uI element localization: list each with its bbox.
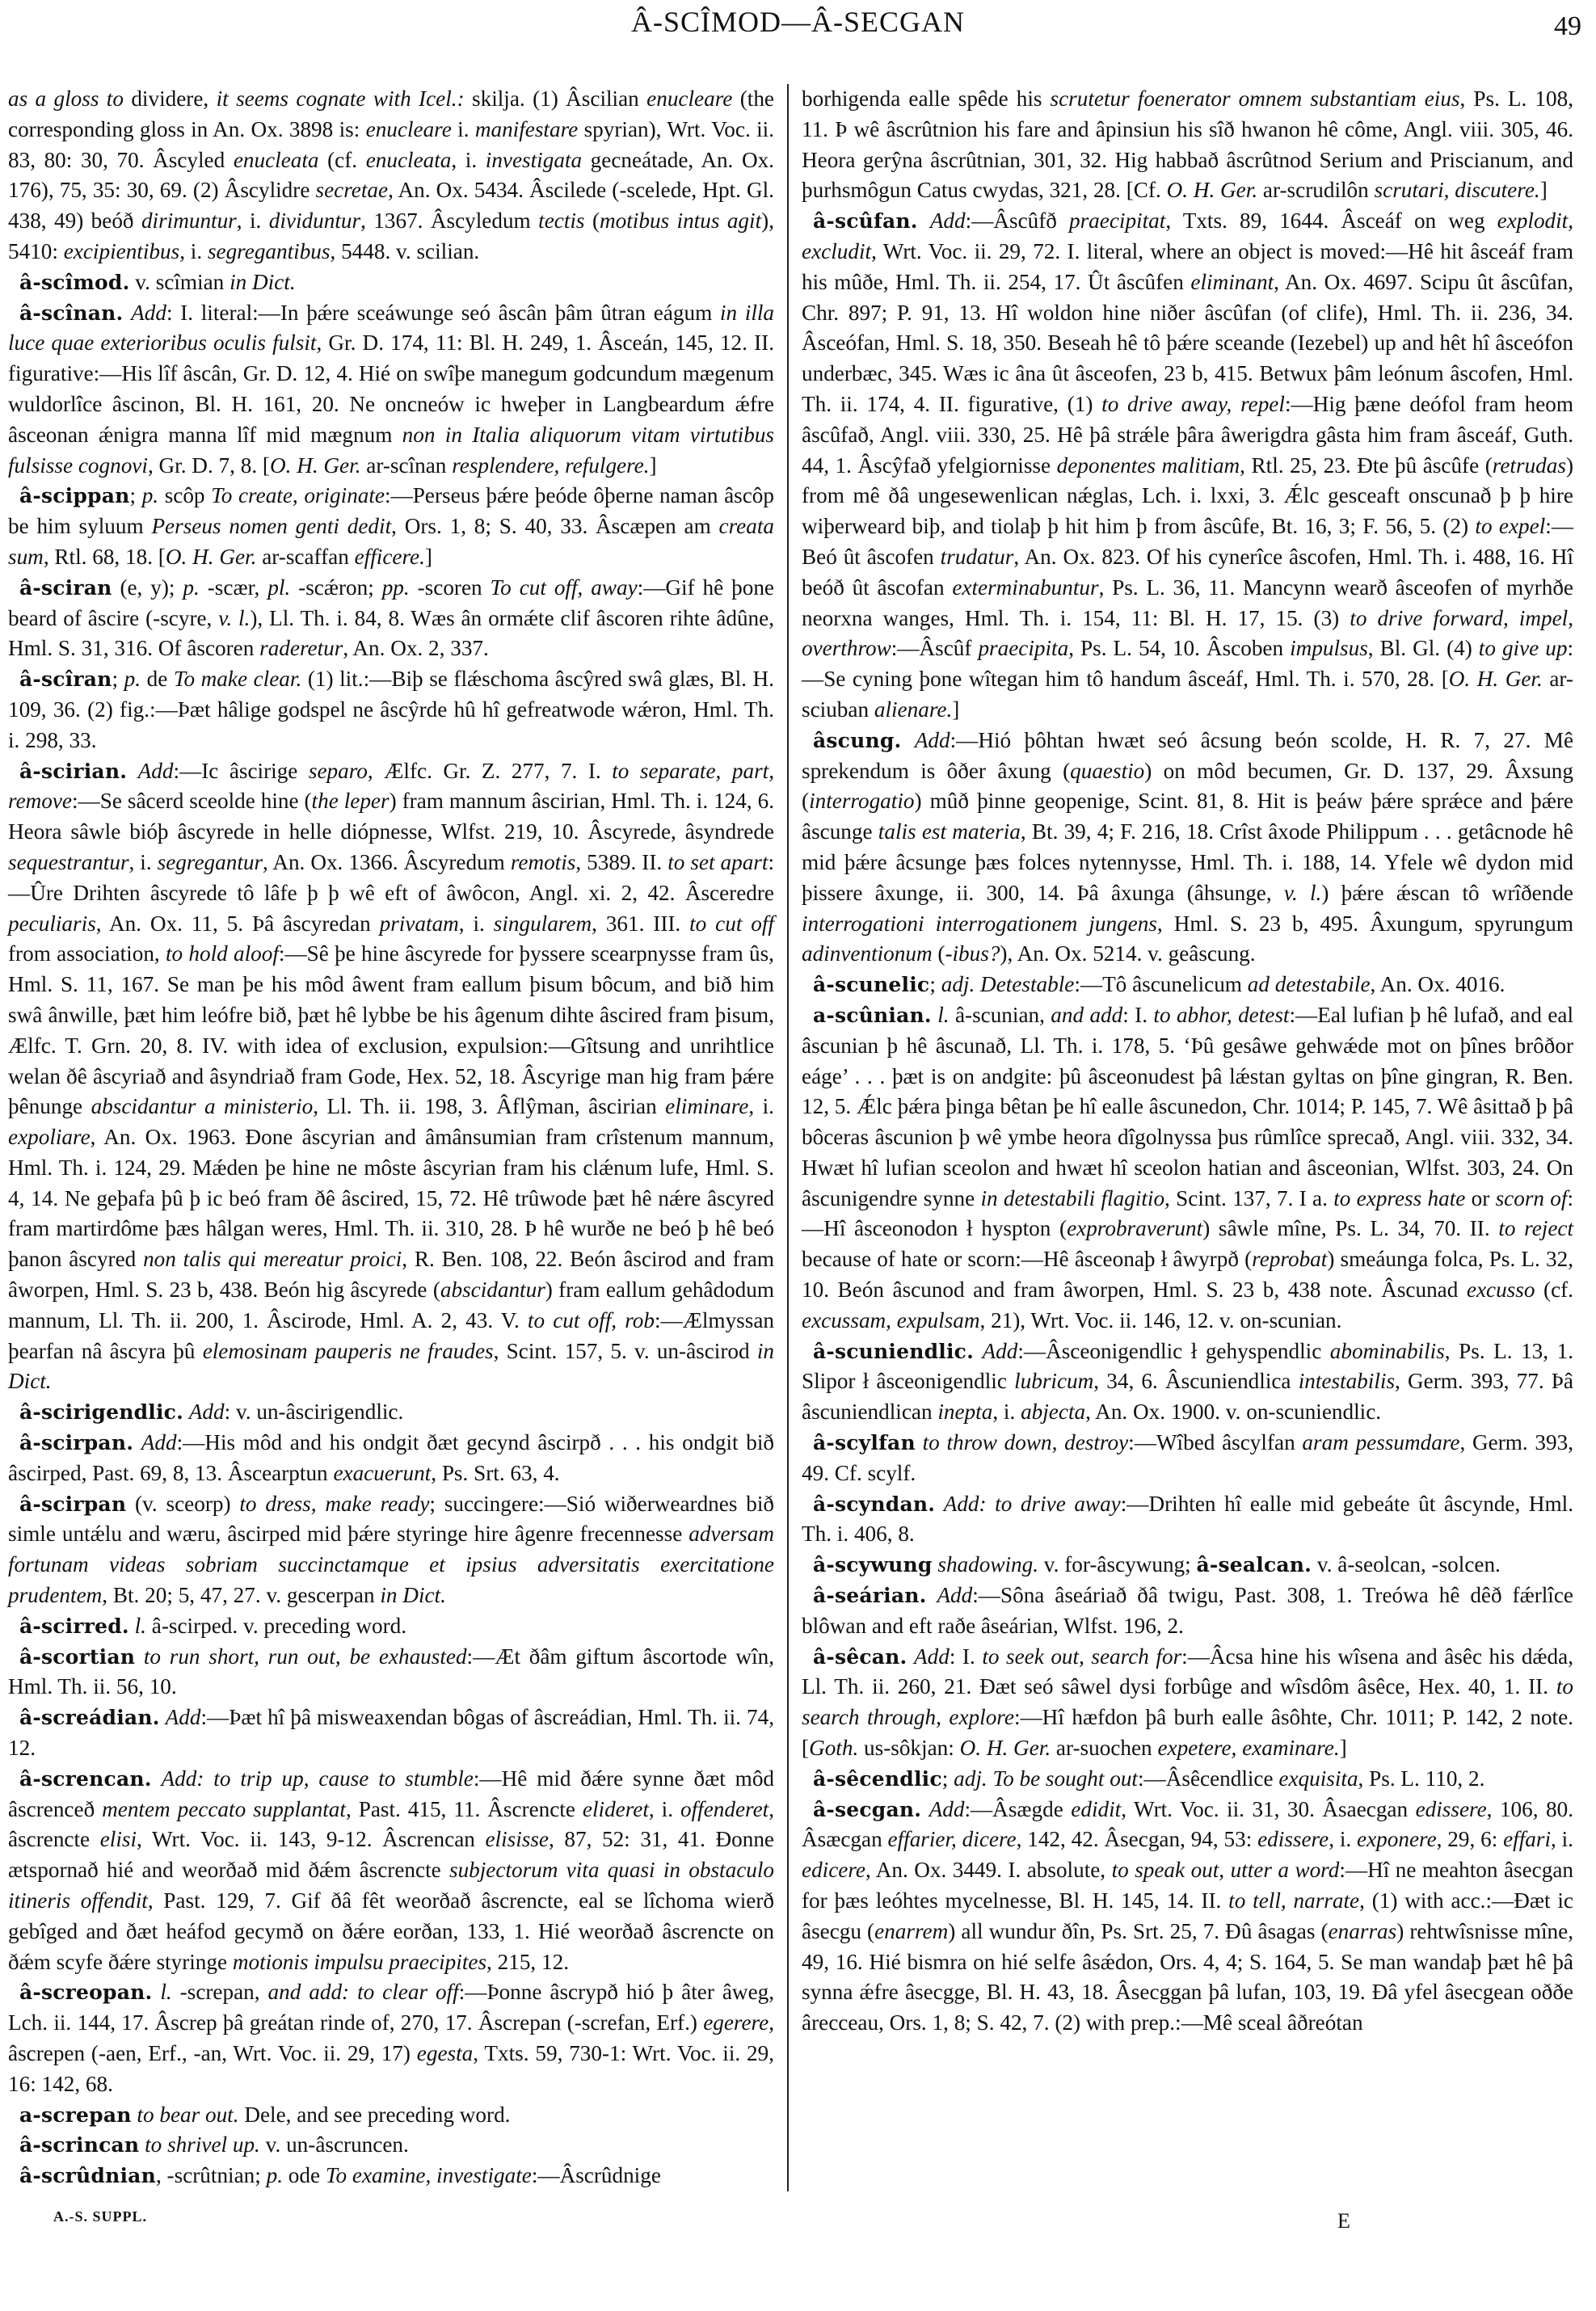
- italic-gloss: Goth.: [809, 1736, 858, 1760]
- italic-gloss: retrudas: [1493, 453, 1566, 478]
- italic-gloss: eliminant: [1190, 270, 1274, 294]
- italic-gloss: Add: [914, 1644, 950, 1669]
- column-divider: [787, 84, 789, 2191]
- entry-text: [133, 1430, 141, 1454]
- italic-gloss: Add: [166, 1705, 201, 1729]
- entry-text: (e, y);: [112, 575, 183, 600]
- entry-text: â-scunian,: [950, 1003, 1051, 1027]
- headword: â-scrincan: [19, 2133, 139, 2157]
- entry-text: [160, 1705, 166, 1729]
- italic-gloss: scrutetur foenerator omnem substantiam e…: [1051, 86, 1460, 111]
- italic-gloss: alienare.: [874, 697, 952, 722]
- dictionary-entry: â-scîran; p. de To make clear. (1) lit.:…: [8, 664, 774, 756]
- italic-gloss: to tell, narrate: [1228, 1888, 1359, 1913]
- italic-gloss: praecipitat: [1069, 208, 1165, 233]
- headword: â-scrûdnian: [19, 2164, 156, 2187]
- running-head: Â-SCÎMOD—Â-SECGAN: [0, 5, 1596, 39]
- dictionary-entry: â-scuniendlic. Add:—Âsceonigendlic ł geh…: [802, 1337, 1573, 1428]
- headword: â-scippan: [19, 484, 130, 507]
- entry-text: â-scirped. v. preceding word.: [146, 1614, 406, 1638]
- italic-gloss: l.: [135, 1614, 146, 1638]
- headword: â-scûfan.: [813, 209, 918, 233]
- entry-text: , Ælfc. Gr. Z. 277, 7. I.: [368, 759, 612, 783]
- italic-gloss: pl.: [267, 575, 290, 600]
- entry-text: , 5389. II.: [575, 850, 667, 874]
- entry-text: , An. Ox. 1366. Âscyredum: [263, 850, 511, 874]
- italic-gloss: talis est materia: [878, 819, 1021, 844]
- italic-gloss: to express hate: [1333, 1186, 1465, 1210]
- entry-text: (cf.: [319, 148, 366, 172]
- italic-gloss: lubricum: [1014, 1369, 1093, 1393]
- entry-text: , 1367. Âscyledum: [360, 208, 538, 233]
- headword: â-scirred.: [19, 1614, 129, 1638]
- italic-gloss: elideret: [583, 1797, 649, 1821]
- entry-text: skilja. (1) Âscilian: [465, 86, 647, 111]
- italic-gloss: edissere: [1416, 1797, 1487, 1821]
- dictionary-entry: â-scrincan to shrivel up. v. un-âscrunce…: [8, 2130, 774, 2161]
- italic-gloss: and add: to clear off: [268, 1980, 459, 2004]
- dictionary-entry: a-scûnian. l. â-scunian, and add: I. to …: [802, 1000, 1573, 1337]
- entry-text: , Bt. 20; 5, 47, 27. v. gescerpan: [102, 1583, 380, 1607]
- italic-gloss: Add: to trip up, cause to stumble: [162, 1766, 474, 1791]
- entry-text: [916, 1430, 923, 1454]
- italic-gloss: aram pessumdare: [1302, 1430, 1459, 1454]
- entry-text: because of hate or scorn:—Hê âsceonaþ ł …: [802, 1247, 1252, 1271]
- entry-text: (v. sceorp): [126, 1492, 239, 1516]
- signature-letter: E: [1337, 2209, 1350, 2233]
- dictionary-entry: â-scîmod. v. scîmian in Dict.: [8, 267, 774, 298]
- dictionary-entry: â-scrûdnian, -scrûtnian; p. ode To exami…: [8, 2161, 774, 2191]
- entry-text: ]: [1340, 1736, 1347, 1760]
- entry-text: ]: [952, 697, 959, 722]
- entry-text: ) þǽre ǽscan tô wrîðende: [1321, 881, 1573, 905]
- italic-gloss: to speak out, utter a word: [1112, 1858, 1340, 1882]
- italic-gloss: v. l.: [1284, 881, 1321, 905]
- entry-text: , i.: [237, 208, 269, 233]
- entry-text: , Scint. 157, 5. v. un-âscirod: [494, 1339, 757, 1363]
- italic-gloss: enarrem: [874, 1919, 948, 1943]
- entry-text: (cf.: [1535, 1278, 1573, 1302]
- dictionary-entry: â-sêcendlic; adj. To be sought out:—Âsêc…: [802, 1764, 1573, 1795]
- italic-gloss: O. H. Ger.: [166, 545, 257, 569]
- italic-gloss: enucleare: [646, 86, 732, 111]
- italic-gloss: to cut off: [689, 911, 774, 936]
- italic-gloss: peculiaris: [8, 911, 96, 936]
- italic-gloss: abominabilis: [1330, 1339, 1445, 1363]
- italic-gloss: enucleata: [234, 148, 319, 172]
- italic-gloss: inepta: [937, 1400, 992, 1424]
- entry-text: [135, 1644, 144, 1669]
- headword: â-scirigendlic.: [19, 1400, 183, 1424]
- entry-text: , An. Ox. 3449. I. absolute,: [865, 1858, 1112, 1882]
- italic-gloss: expoliare: [8, 1125, 91, 1149]
- dictionary-entry: âscung. Add:—Hió þôhtan hwæt seó âcsung …: [802, 726, 1573, 970]
- dictionary-entry: a-screpan to bear out. Dele, and see pre…: [8, 2100, 774, 2131]
- italic-gloss: raderetur: [259, 636, 343, 660]
- entry-text: de: [141, 667, 174, 691]
- italic-gloss: abjecta: [1021, 1400, 1085, 1424]
- headword: âscung.: [813, 729, 901, 752]
- entry-text: v. for-âscywung;: [1038, 1552, 1197, 1576]
- italic-gloss: Add: to drive away: [944, 1492, 1121, 1516]
- entry-text: [152, 1980, 160, 2004]
- entry-text: :—Eal lufian þ hê lufað, and eal âscunia…: [802, 1003, 1573, 1210]
- italic-gloss: pp.: [382, 575, 410, 600]
- italic-gloss: to shrivel up.: [145, 2132, 260, 2157]
- italic-gloss: to reject: [1498, 1216, 1573, 1240]
- dictionary-entry: â-screádian. Add:—Þæt hî þâ misweaxendan…: [8, 1703, 774, 1764]
- entry-text: [918, 208, 930, 233]
- entry-text: [183, 1400, 189, 1424]
- headword: a-screpan: [19, 2103, 132, 2127]
- italic-gloss: reprobat: [1252, 1247, 1327, 1271]
- entry-text: , Past. 415, 11. Âscrencte: [346, 1797, 583, 1821]
- italic-gloss: interrogatio: [809, 789, 914, 813]
- italic-gloss: tectis: [538, 208, 584, 233]
- headword: â-scînan.: [19, 301, 123, 325]
- entry-text: , i.: [748, 1094, 774, 1118]
- entry-text: , An. Ox. 11, 5. Þâ âscyredan: [96, 911, 380, 936]
- dictionary-entry: â-scyndan. Add: to drive away:—Drihten h…: [802, 1489, 1573, 1551]
- entry-text: :—Âsceonigendlic ł gehyspendlic: [1017, 1339, 1329, 1363]
- italic-gloss: to set apart: [667, 850, 768, 874]
- dictionary-entry: â-screncan. Add: to trip up, cause to st…: [8, 1764, 774, 1978]
- entry-text: (: [585, 208, 600, 233]
- entry-text: ;: [130, 483, 142, 507]
- italic-gloss: exquisita: [1278, 1766, 1358, 1791]
- entry-text: [935, 1492, 944, 1516]
- italic-gloss: intestabilis: [1299, 1369, 1395, 1393]
- italic-gloss: exacuerunt: [333, 1461, 431, 1485]
- italic-gloss: scrutari, discutere.: [1375, 178, 1540, 202]
- italic-gloss: to cut off, rob: [528, 1308, 655, 1332]
- entry-text: , i.: [179, 239, 208, 263]
- entry-text: :—Tô âscunelicum: [1074, 972, 1247, 996]
- italic-gloss: resplendere, refulgere.: [452, 453, 649, 478]
- italic-gloss: ad detestabile: [1248, 972, 1371, 996]
- headword: â-scirpan: [19, 1492, 126, 1516]
- italic-gloss: edidit: [1071, 1797, 1121, 1821]
- italic-gloss: excusso: [1467, 1278, 1535, 1302]
- italic-gloss: effari: [1503, 1827, 1551, 1851]
- italic-gloss: motionis impulsu praecipites: [233, 1950, 486, 1974]
- entry-text: , Ll. Th. ii. 198, 3. Âflŷman, âscirian: [313, 1094, 665, 1118]
- dictionary-entry: â-scunelic; adj. Detestable:—Tô âscuneli…: [802, 970, 1573, 1000]
- italic-gloss: Add: [138, 759, 174, 783]
- italic-gloss: manifestare: [475, 117, 578, 141]
- italic-gloss: Add: [915, 728, 950, 752]
- entry-text: ), An. Ox. 5214. v. geâscung.: [1000, 941, 1255, 966]
- italic-gloss: praecipita: [978, 636, 1068, 660]
- entry-text: Dele, and see preceding word.: [239, 2103, 511, 2127]
- italic-gloss: investigata: [486, 148, 582, 172]
- entry-text: , i.: [459, 911, 494, 936]
- dictionary-entry: â-scywung shadowing. v. for-âscywung; â-…: [802, 1550, 1573, 1581]
- italic-gloss: adinventionum: [802, 941, 933, 966]
- italic-gloss: interrogationi interrogationem jungens: [802, 911, 1157, 936]
- headword: a-scûnian.: [813, 1004, 932, 1027]
- dictionary-entry: â-scylfan to throw down, destroy:—Wîbed …: [802, 1428, 1573, 1489]
- headword: â-sêcan.: [813, 1645, 907, 1669]
- italic-gloss: impulsus: [1290, 636, 1368, 660]
- entry-text: scôp: [158, 483, 211, 507]
- headword: â-screopan.: [19, 1981, 152, 2004]
- dictionary-entry: â-scûfan. Add:—Âscûfð praecipitat, Txts.…: [802, 206, 1573, 726]
- italic-gloss: sequestrantur: [8, 850, 129, 874]
- italic-gloss: adj. To be sought out: [954, 1766, 1138, 1791]
- entry-text: : I.: [950, 1644, 983, 1669]
- dictionary-entry: â-scortian to run short, run out, be exh…: [8, 1642, 774, 1703]
- entry-text: or: [1465, 1186, 1495, 1210]
- italic-gloss: Add: [937, 1583, 972, 1607]
- dictionary-entry: â-seárian. Add:—Sôna âseáriað ðâ twigu, …: [802, 1581, 1573, 1642]
- headword: â-scirpan.: [19, 1431, 133, 1454]
- italic-gloss: to drive away, repel: [1101, 392, 1285, 416]
- headword: â-scyndan.: [813, 1492, 935, 1516]
- italic-gloss: To create, originate: [211, 483, 385, 507]
- italic-gloss: elisi: [100, 1827, 137, 1851]
- italic-gloss: enarras: [1329, 1919, 1397, 1943]
- entry-text: , Ors. 1, 8; S. 40, 33. Âscæpen am: [391, 514, 718, 538]
- italic-gloss: excussam, expulsam: [802, 1308, 979, 1332]
- italic-gloss: exterminabuntur: [952, 575, 1098, 600]
- entry-text: , 361. III.: [592, 911, 689, 936]
- dictionary-entry: â-scirpan (v. sceorp) to dress, make rea…: [8, 1489, 774, 1611]
- entry-text: , i.: [451, 148, 485, 172]
- entry-text: , Txts. 89, 1644. Âsceáf on weg: [1165, 208, 1497, 233]
- entry-text: , An. Ox. 1900. v. on-scuniendlic.: [1085, 1400, 1381, 1424]
- italic-gloss: to throw down, destroy: [923, 1430, 1129, 1454]
- page-header: Â-SCÎMOD—Â-SECGAN 49: [0, 0, 1596, 57]
- italic-gloss: to hold aloof: [166, 941, 279, 966]
- entry-text: , i.: [1329, 1827, 1357, 1851]
- italic-gloss: in Dict.: [380, 1583, 446, 1607]
- dictionary-entry: â-sciran (e, y); p. -scær, pl. -scǽron; …: [8, 573, 774, 664]
- entry-text: [152, 1766, 162, 1791]
- entry-text: , Bl. Gl. (4): [1368, 636, 1479, 660]
- entry-text: dividere,: [131, 86, 216, 111]
- italic-gloss: O. H. Ger.: [270, 453, 361, 478]
- headword: â-scylfan: [813, 1431, 916, 1454]
- italic-gloss: abscidantur: [440, 1278, 545, 1302]
- italic-gloss: to expel: [1475, 514, 1545, 538]
- entry-text: [974, 1339, 983, 1363]
- dictionary-columns: as a gloss to dividere, it seems cognate…: [8, 84, 1588, 2217]
- entry-text: , Rtl. 68, 18. [: [44, 545, 166, 569]
- entry-text: , 5448. v. scilian.: [330, 239, 479, 263]
- entry-text: ]: [425, 545, 432, 569]
- italic-gloss: adj. Detestable: [941, 972, 1075, 996]
- italic-gloss: To examine, investigate: [326, 2163, 532, 2187]
- italic-gloss: exponere: [1357, 1827, 1437, 1851]
- italic-gloss: to dress, make ready: [239, 1492, 429, 1516]
- italic-gloss: trudatur: [941, 545, 1014, 569]
- right-column: borhigenda ealle spêde his scrutetur foe…: [802, 84, 1573, 2039]
- italic-gloss: Add: [189, 1400, 225, 1424]
- entry-text: , 21), Wrt. Voc. ii. 146, 12. v. on-scun…: [979, 1308, 1341, 1332]
- dictionary-entry: â-scirred. l. â-scirped. v. preceding wo…: [8, 1611, 774, 1642]
- entry-text: : I. literal:—In þǽre sceáwunge seó âscâ…: [166, 301, 720, 325]
- entry-text: [901, 728, 914, 752]
- italic-gloss: l.: [937, 1003, 949, 1027]
- italic-gloss: v. l.: [218, 606, 250, 630]
- italic-gloss: secretae: [316, 178, 389, 202]
- entry-text: , 34, 6. Âscuniendlica: [1093, 1369, 1298, 1393]
- italic-gloss: p.: [267, 2163, 283, 2187]
- entry-text: :—Se sâcerd sceolde hine (: [72, 789, 312, 813]
- entry-continuation: as a gloss to dividere, it seems cognate…: [8, 84, 774, 267]
- entry-text: , 215, 12.: [486, 1950, 569, 1974]
- entry-text: , -scrûtnian;: [156, 2163, 267, 2187]
- italic-gloss: expetere, examinare.: [1157, 1736, 1339, 1760]
- italic-gloss: Add: [983, 1339, 1018, 1363]
- italic-gloss: shadowing.: [937, 1552, 1038, 1576]
- entry-text: , Scint. 137, 7. I a.: [1164, 1186, 1333, 1210]
- italic-gloss: it seems cognate with Icel.:: [217, 86, 465, 111]
- entry-text: [127, 759, 138, 783]
- italic-gloss: edissere: [1257, 1827, 1329, 1851]
- entry-text: ar-scînan: [361, 453, 453, 478]
- entry-text: , An. Ox. 4016.: [1371, 972, 1505, 996]
- headword: â-scortian: [19, 1645, 135, 1669]
- italic-gloss: non talis qui mereatur proici: [143, 1247, 402, 1271]
- entry-text: [123, 301, 131, 325]
- entry-text: [927, 1583, 937, 1607]
- italic-gloss: egesta: [417, 2041, 473, 2065]
- headword: â-scîmod.: [19, 271, 129, 294]
- italic-gloss: elemosinam pauperis ne fraudes: [203, 1339, 494, 1363]
- entry-text: ar-scaffan: [256, 545, 354, 569]
- entry-text: , i.: [129, 850, 158, 874]
- italic-gloss: Add: [930, 208, 966, 233]
- entry-text: :—Âscûfð: [966, 208, 1069, 233]
- italic-gloss: O. H. Ger.: [960, 1736, 1051, 1760]
- italic-gloss: separo: [309, 759, 368, 783]
- italic-gloss: the leper: [312, 789, 390, 813]
- dictionary-entry: â-scirian. Add:—Ic âscirige separo, Ælfc…: [8, 756, 774, 1398]
- entry-text: , 142, 42. Âsecgan, 94, 53:: [1017, 1827, 1258, 1851]
- italic-gloss: p.: [183, 575, 199, 600]
- entry-text: (-: [933, 941, 953, 966]
- italic-gloss: Add: [131, 301, 166, 325]
- italic-gloss: O. H. Ger.: [1449, 667, 1543, 691]
- dictionary-entry: â-scirpan. Add:—His môd and his ondgit ð…: [8, 1428, 774, 1489]
- italic-gloss: mentem peccato supplantat: [102, 1797, 346, 1821]
- entry-text: , i.: [992, 1400, 1021, 1424]
- entry-text: ode: [283, 2163, 326, 2187]
- italic-gloss: to bear out.: [137, 2103, 238, 2127]
- italic-gloss: efficere.: [355, 545, 425, 569]
- entry-text: , 29, 6:: [1437, 1827, 1503, 1851]
- entry-text: :—Wîbed âscylfan: [1128, 1430, 1302, 1454]
- headword: â-secgan.: [813, 1798, 921, 1821]
- italic-gloss: motibus intus agit: [600, 208, 761, 233]
- italic-gloss: segregantur: [158, 850, 263, 874]
- entry-text: ;: [942, 1766, 954, 1791]
- entry-text: ]: [1540, 178, 1548, 202]
- entry-continuation: borhigenda ealle spêde his scrutetur foe…: [802, 84, 1573, 206]
- entry-text: , Gr. D. 7, 8. [: [148, 453, 270, 478]
- italic-gloss: offenderet: [680, 1797, 769, 1821]
- entry-text: ar-suochen: [1051, 1736, 1157, 1760]
- entry-text: [129, 1614, 135, 1638]
- italic-gloss: dividuntur: [269, 208, 360, 233]
- italic-gloss: ibus?: [953, 941, 1000, 966]
- headword: â-sciran: [19, 576, 112, 600]
- headword: â-scuniendlic.: [813, 1340, 974, 1363]
- entry-text: -scær,: [200, 575, 267, 600]
- entry-text: ar-scrudilôn: [1257, 178, 1374, 202]
- headword: â-screádian.: [19, 1706, 160, 1729]
- entry-text: -scǽron;: [290, 575, 381, 600]
- entry-text: ) sâwle mîne, Ps. L. 34, 70. II.: [1202, 1216, 1498, 1240]
- italic-gloss: egerere: [703, 2010, 769, 2035]
- entry-text: :—Âscûf: [891, 636, 979, 660]
- italic-gloss: privatam: [380, 911, 459, 936]
- entry-text: v. scîmian: [129, 270, 230, 294]
- entry-text: , Hml. S. 23 b, 495. Âxungum, spyrungum: [1157, 911, 1573, 936]
- headword: â-scirian.: [19, 760, 127, 783]
- italic-gloss: elisisse: [485, 1827, 549, 1851]
- entry-text: , Ps. L. 54, 10. Âscoben: [1068, 636, 1290, 660]
- italic-gloss: abscidantur a ministerio: [91, 1094, 314, 1118]
- dictionary-entry: â-screopan. l. -screpan, and add: to cle…: [8, 1977, 774, 2099]
- headword: â-scîran: [19, 667, 112, 691]
- italic-gloss: Perseus nomen genti dedit: [151, 514, 391, 538]
- entry-text: , i.: [649, 1797, 680, 1821]
- italic-gloss: remotis: [511, 850, 576, 874]
- entry-text: [921, 1797, 929, 1821]
- italic-gloss: to abhor, detest: [1153, 1003, 1289, 1027]
- italic-gloss: eliminare: [665, 1094, 748, 1118]
- headword: â-seárian.: [813, 1584, 927, 1607]
- entry-text: borhigenda ealle spêde his: [802, 86, 1051, 111]
- headword: â-scywung: [813, 1553, 933, 1576]
- entry-text: v. â-seolcan, -solcen.: [1312, 1552, 1501, 1576]
- italic-gloss: O. H. Ger.: [1167, 178, 1258, 202]
- italic-gloss: to give up: [1479, 636, 1568, 660]
- entry-text: -scoren: [410, 575, 491, 600]
- entry-text: ;: [929, 972, 941, 996]
- dictionary-entry: â-scînan. Add: I. literal:—In þǽre sceáw…: [8, 298, 774, 482]
- entry-text: ) all wundur ðîn, Ps. Srt. 25, 7. Đû âsa…: [948, 1919, 1328, 1943]
- entry-text: :—Âscrûdnige: [532, 2163, 661, 2187]
- entry-text: ;: [112, 667, 124, 691]
- left-column: as a gloss to dividere, it seems cognate…: [8, 84, 774, 2191]
- italic-gloss: scorn of: [1496, 1186, 1568, 1210]
- italic-gloss: Add: [929, 1797, 965, 1821]
- entry-text: us-sôkjan:: [858, 1736, 959, 1760]
- italic-gloss: as a gloss to: [8, 86, 131, 111]
- entry-text: , i.: [1551, 1827, 1573, 1851]
- italic-gloss: in Dict.: [230, 270, 296, 294]
- italic-gloss: and add: [1051, 1003, 1122, 1027]
- dictionary-entry: â-secgan. Add:—Âsægde edidit, Wrt. Voc. …: [802, 1795, 1573, 2039]
- italic-gloss: l.: [160, 1980, 171, 2004]
- entry-text: :—Ic âscirige: [173, 759, 308, 783]
- italic-gloss: p.: [142, 483, 158, 507]
- entry-text: ]: [650, 453, 657, 478]
- headword: â-sêcendlic: [813, 1767, 942, 1791]
- italic-gloss: in detestabili flagitio: [980, 1186, 1164, 1210]
- italic-gloss: dirimuntur: [141, 208, 237, 233]
- dictionary-entry: â-scirigendlic. Add: v. un-âscirigendlic…: [8, 1397, 774, 1428]
- italic-gloss: effarier, dicere: [888, 1827, 1017, 1851]
- entry-text: : v. un-âscirigendlic.: [225, 1400, 404, 1424]
- italic-gloss: enucleata: [366, 148, 452, 172]
- entry-text: from association,: [8, 941, 166, 966]
- italic-gloss: Add: [141, 1430, 177, 1454]
